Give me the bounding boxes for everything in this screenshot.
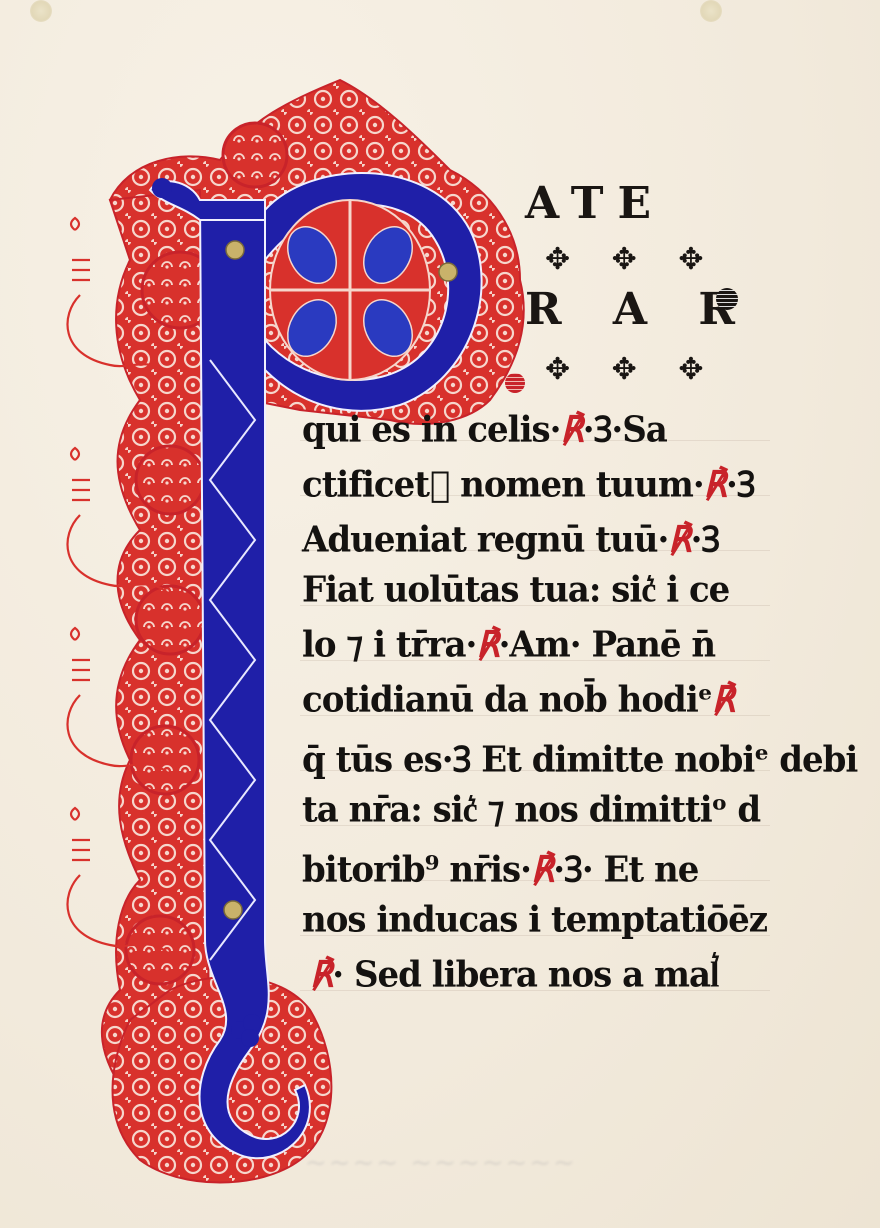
text-line-1: qui es in celis·℟·Ꝫ·Sa bbox=[302, 404, 667, 452]
roundel-5 bbox=[126, 916, 194, 984]
heading-line-1: ATE bbox=[525, 178, 665, 229]
text-line-10: nos inducas i temptatiōēz bbox=[302, 899, 767, 941]
text-line-2: ctificetᷣ nomen tuum·℟·Ꝫ bbox=[302, 459, 755, 507]
text-line-7: q̄ tūs es·Ꝫ Et dimitte nobiᵉ debi bbox=[302, 734, 857, 782]
manuscript-page: ATE ✥ ✥ ✥ R A R ✥ ✥ ✥ qui es in celis·℟·… bbox=[0, 0, 880, 1228]
text-line-4: Fiat uolūtas tua: sic͛ i ce bbox=[302, 569, 729, 611]
rubric-mark: ℟ bbox=[668, 519, 690, 561]
rubric-mark: ℟ bbox=[531, 849, 553, 891]
text-line-9: bitorib⁹ nr̄is·℟·Ꝫ· Et ne bbox=[302, 844, 698, 892]
hatched-dot-black bbox=[716, 288, 738, 310]
roundel-2 bbox=[136, 446, 204, 514]
text-line-5: lo ⁊ i tr̄ra·℟·Am· Panē n̄ bbox=[302, 624, 715, 666]
gold-stud-2 bbox=[439, 263, 457, 281]
gold-stud-1 bbox=[226, 241, 244, 259]
text-line-6: cotidianū da nob̄ hodiᵉ℟ bbox=[302, 679, 734, 721]
show-through-text: ~~~~ ~~~~~~~ bbox=[305, 1148, 577, 1178]
text-line-8: ta nr̄a: sic͛ ⁊ nos dimittiᵒ d bbox=[302, 789, 760, 831]
roundel-3 bbox=[136, 586, 204, 654]
rubric-mark: ℟ bbox=[310, 954, 332, 996]
ornament-row-2: ✥ ✥ ✥ bbox=[545, 352, 719, 387]
pin-mark-right bbox=[700, 0, 722, 22]
rubric-mark: ℟ bbox=[704, 464, 726, 506]
text-line-11: ℟· Sed libera nos a mal͛ bbox=[310, 954, 718, 996]
ornament-row-1: ✥ ✥ ✥ bbox=[545, 242, 719, 277]
rubric-mark: ℟ bbox=[560, 409, 582, 451]
gold-stud-3 bbox=[224, 901, 242, 919]
roundel-4 bbox=[131, 726, 199, 794]
rubric-mark: ℟ bbox=[476, 624, 498, 666]
roundel-top bbox=[223, 123, 287, 187]
rubric-mark: ℟ bbox=[712, 679, 734, 721]
hatched-dot-red bbox=[505, 373, 525, 393]
text-line-3: Adueniat regnū tuū·℟·Ꝫ bbox=[302, 514, 719, 562]
pin-mark-left bbox=[30, 0, 52, 22]
